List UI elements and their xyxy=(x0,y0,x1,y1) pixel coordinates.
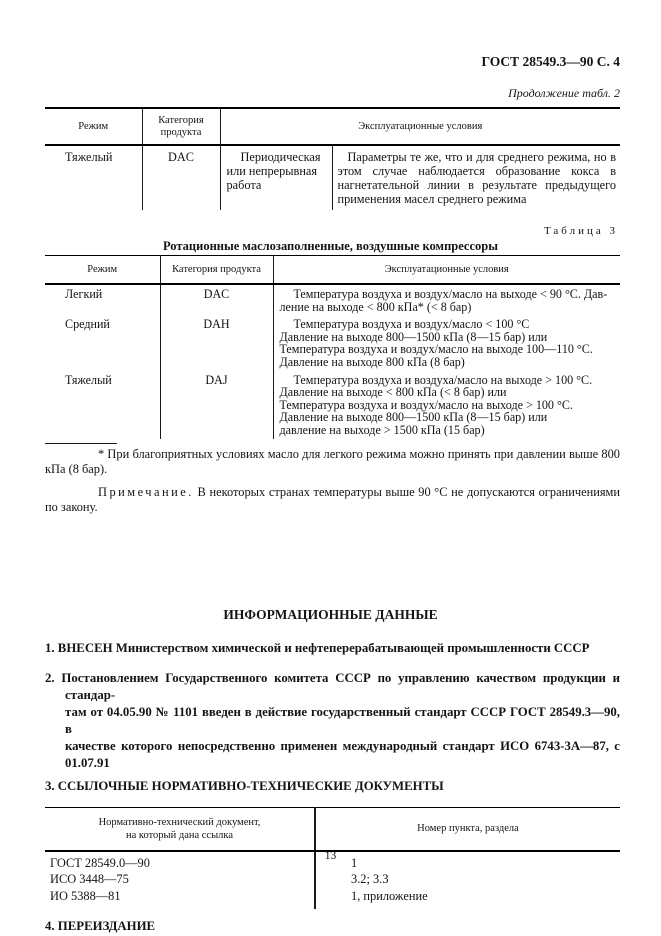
table-row: ИО 5388—81 1, приложение xyxy=(45,888,620,910)
reference-section: 1, приложение xyxy=(315,888,620,910)
table3-header-row: Режим Категория продукта Эксплуатационны… xyxy=(45,256,620,285)
references-header-document: Нормативно-технический документ, на кото… xyxy=(45,807,315,851)
table3-cell-mode: Тяжелый xyxy=(45,371,160,439)
table2-header-mode: Режим xyxy=(45,108,142,145)
table2-cell-conditions: Параметры те же, что и для среднего режи… xyxy=(332,145,620,210)
table-row: Тяжелый DAJ Температура воздуха и воздух… xyxy=(45,371,620,439)
table3-cell-mode: Средний xyxy=(45,315,160,370)
references-header-section: Номер пункта, раздела xyxy=(315,807,620,851)
table3-note: Примечание. В некоторых странах температ… xyxy=(45,485,620,515)
table3-header-category: Категория продукта xyxy=(160,256,273,285)
table2-header-conditions: Эксплуатационные условия xyxy=(220,108,620,145)
info-item-2: 2. Постановлением Государственного комит… xyxy=(45,670,620,772)
table2-header-category: Категория продукта xyxy=(142,108,220,145)
table3-cell-category: DAH xyxy=(160,315,273,370)
footnote-divider xyxy=(45,443,117,444)
document-page: ГОСТ 28549.3—90 С. 4 Продолжение табл. 2… xyxy=(0,0,661,936)
table3-cell-conditions: Температура воздуха и воздух/масло < 100… xyxy=(273,315,620,370)
table2-cell-operation: Периодическая или непрерывная работа xyxy=(220,145,332,210)
table2-cell-mode: Тяжелый xyxy=(45,145,142,210)
note-label: Примечание. xyxy=(98,485,194,499)
table3-cell-conditions: Температура воздуха и воздух/масло на вы… xyxy=(273,284,620,315)
page-header: ГОСТ 28549.3—90 С. 4 xyxy=(0,0,620,70)
info-item-4: 4. ПЕРЕИЗДАНИЕ xyxy=(45,918,620,935)
table-row: ИСО 3448—75 3.2; 3.3 xyxy=(45,871,620,888)
table2-continuation-label: Продолжение табл. 2 xyxy=(0,86,620,100)
references-header-row: Нормативно-технический документ, на кото… xyxy=(45,807,620,851)
table2-header-row: Режим Категория продукта Эксплуатационны… xyxy=(45,108,620,145)
reference-section: 3.2; 3.3 xyxy=(315,871,620,888)
table3-cell-category: DAJ xyxy=(160,371,273,439)
table2-continued: Режим Категория продукта Эксплуатационны… xyxy=(45,107,620,210)
table-row: Легкий DAC Температура воздуха и воздух/… xyxy=(45,284,620,315)
table3-header-mode: Режим xyxy=(45,256,160,285)
info-section-title: ИНФОРМАЦИОННЫЕ ДАННЫЕ xyxy=(0,607,661,623)
reference-document: ИО 5388—81 xyxy=(45,888,315,910)
table-row: Тяжелый DAC Периодическая или непрерывна… xyxy=(45,145,620,210)
table3-label: Таблица 3 xyxy=(0,225,618,238)
table3-cell-mode: Легкий xyxy=(45,284,160,315)
table3-cell-category: DAC xyxy=(160,284,273,315)
table3-cell-conditions: Температура воздуха и воздуха/масло на в… xyxy=(273,371,620,439)
table3-footnote: * При благоприятных условиях масло для л… xyxy=(45,447,620,477)
page-number: 13 xyxy=(0,850,661,862)
table3-title: Ротационные маслозаполненные, воздушные … xyxy=(0,239,661,253)
info-item-3: 3. ССЫЛОЧНЫЕ НОРМАТИВНО-ТЕХНИЧЕСКИЕ ДОКУ… xyxy=(45,778,620,795)
table2-cell-category: DAC xyxy=(142,145,220,210)
table3-header-conditions: Эксплуатационные условия xyxy=(273,256,620,285)
table-row: Средний DAH Температура воздуха и воздух… xyxy=(45,315,620,370)
table3: Режим Категория продукта Эксплуатационны… xyxy=(45,255,620,439)
reference-document: ИСО 3448—75 xyxy=(45,871,315,888)
info-item-1: 1. ВНЕСЕН Министерством химической и неф… xyxy=(45,640,620,657)
